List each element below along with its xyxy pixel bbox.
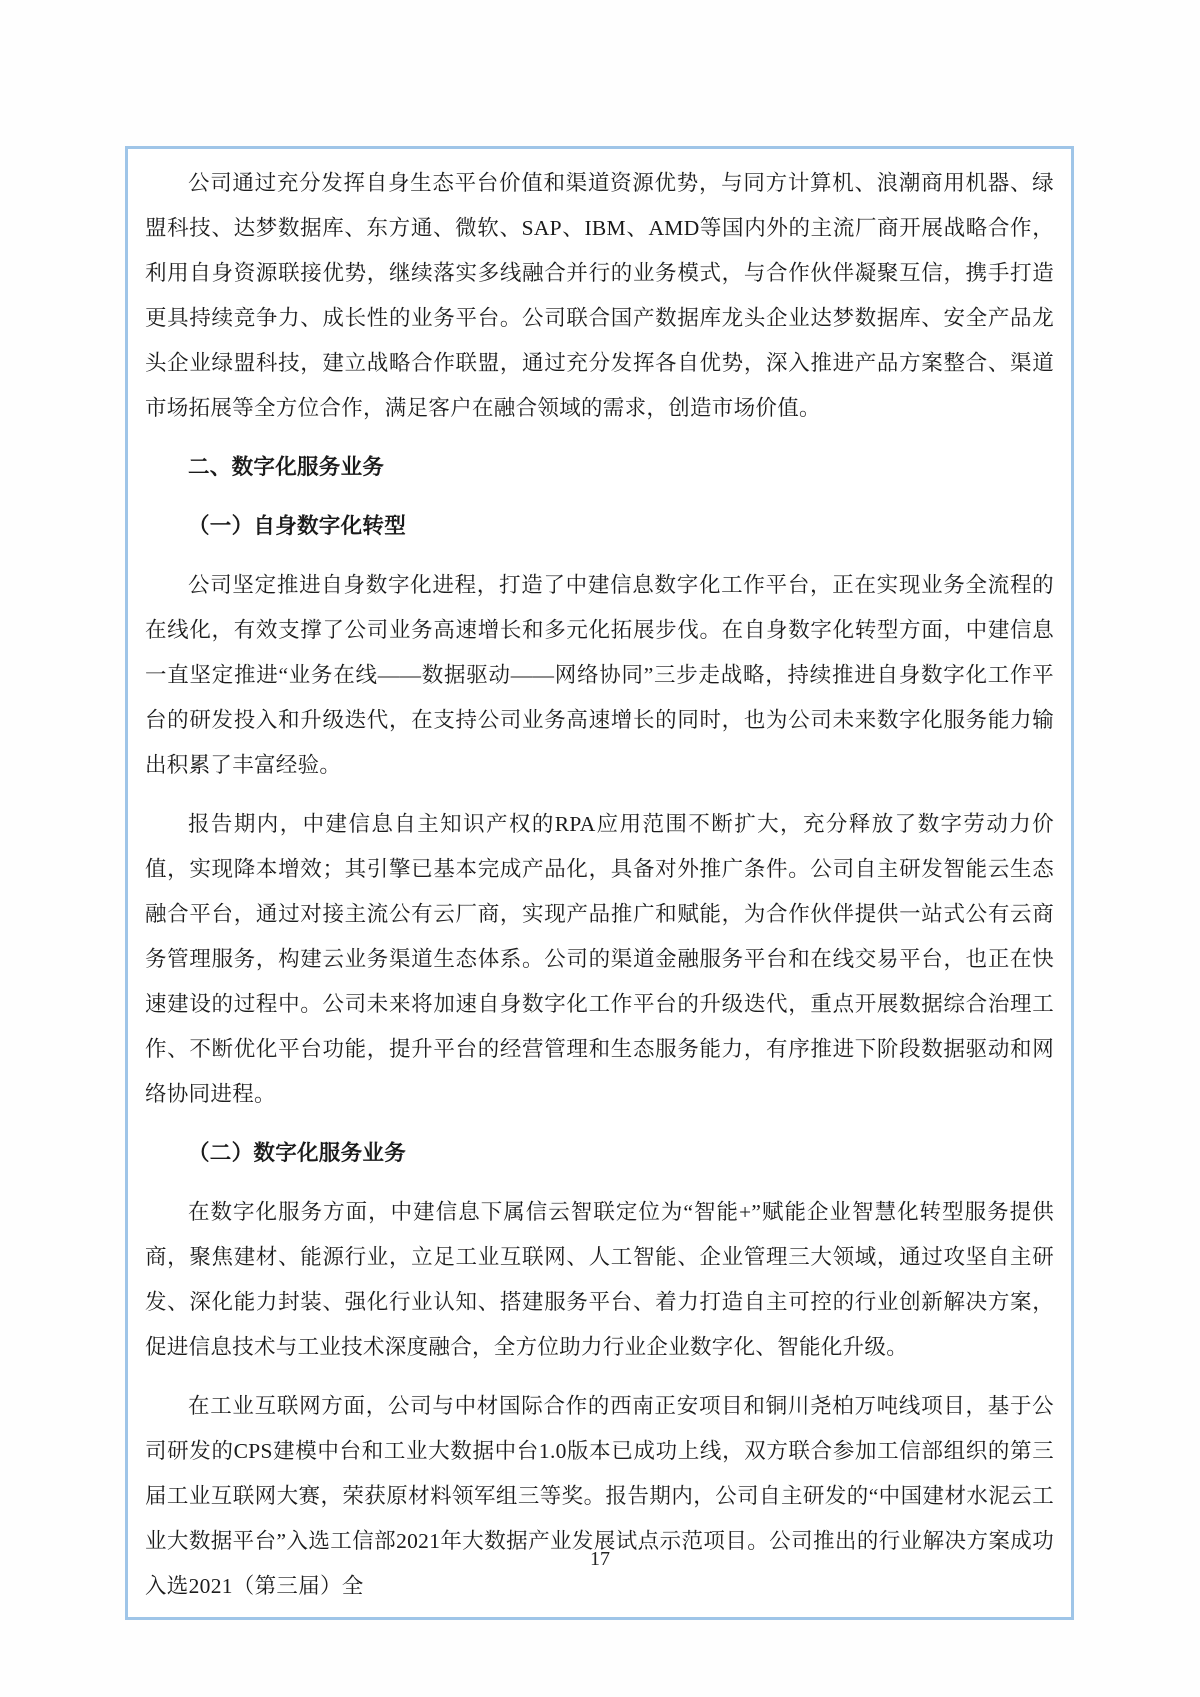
page-number: 17 xyxy=(0,1548,1200,1571)
section-heading: 二、数字化服务业务 xyxy=(145,445,1054,490)
text-frame: 公司通过充分发挥自身生态平台价值和渠道资源优势，与同方计算机、浪潮商用机器、绿盟… xyxy=(125,146,1074,1620)
body-paragraph: 报告期内，中建信息自主知识产权的RPA应用范围不断扩大，充分释放了数字劳动力价值… xyxy=(145,802,1054,1117)
body-paragraph: 公司坚定推进自身数字化进程，打造了中建信息数字化工作平台，正在实现业务全流程的在… xyxy=(145,563,1054,788)
document-page: 公司通过充分发挥自身生态平台价值和渠道资源优势，与同方计算机、浪潮商用机器、绿盟… xyxy=(0,0,1200,1697)
body-paragraph: 在工业互联网方面，公司与中材国际合作的西南正安项目和铜川尧柏万吨线项目，基于公司… xyxy=(145,1384,1054,1609)
subsection-heading: （二）数字化服务业务 xyxy=(145,1131,1054,1176)
body-paragraph: 在数字化服务方面，中建信息下属信云智联定位为“智能+”赋能企业智慧化转型服务提供… xyxy=(145,1190,1054,1370)
body-paragraph: 公司通过充分发挥自身生态平台价值和渠道资源优势，与同方计算机、浪潮商用机器、绿盟… xyxy=(145,161,1054,431)
subsection-heading: （一）自身数字化转型 xyxy=(145,504,1054,549)
